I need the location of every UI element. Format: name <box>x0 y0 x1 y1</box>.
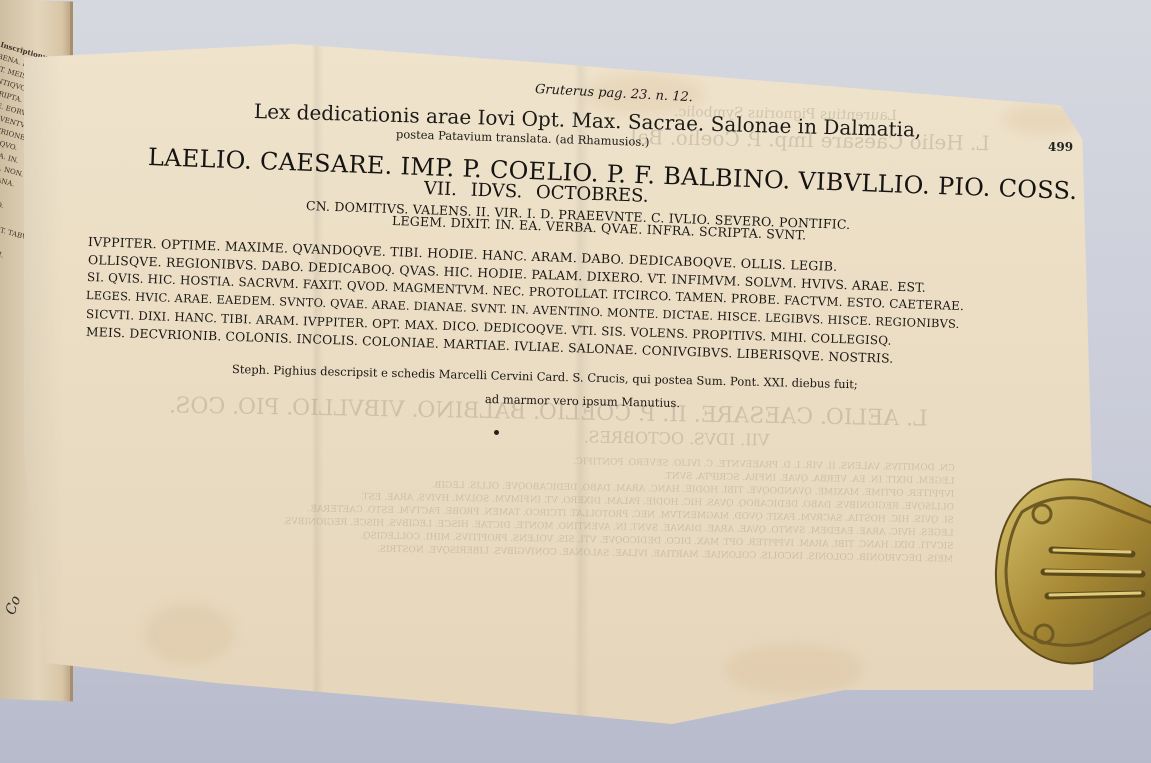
handwritten-note: Co <box>3 593 25 617</box>
foxing-stain <box>1004 104 1084 134</box>
photo-scene: Inscriptionum III. Classis BENA. ET. TVT… <box>0 0 1151 763</box>
bleed-through-text: VII. IDVS. OCTOBRES. <box>584 427 770 449</box>
ink-dot <box>494 430 499 435</box>
bleed-through-inscription: CN. DOMITIVS. VALENS. II. VIR. I. D. PRA… <box>193 449 955 566</box>
foxing-stain <box>144 604 234 664</box>
brass-hand-clip <box>992 472 1151 668</box>
foxing-stain <box>724 644 864 694</box>
page-number: 499 <box>1048 140 1073 154</box>
hand-clip-icon <box>992 472 1151 668</box>
